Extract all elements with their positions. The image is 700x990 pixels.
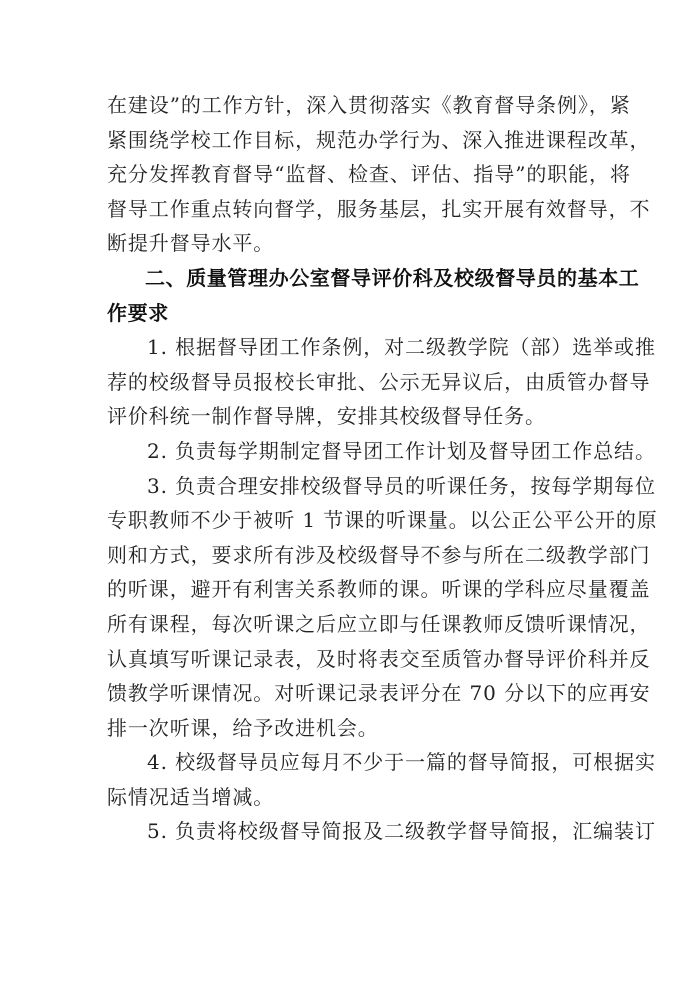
paragraph-line: 断提升督导水平。 <box>107 226 597 261</box>
paragraph-line: 认真填写听课记录表，及时将表交至质管办督导评价科并反 <box>107 642 597 677</box>
document-page: 在建设”的工作方针，深入贯彻落实《教育督导条例》，紧 紧围绕学校工作目标，规范办… <box>0 0 700 990</box>
paragraph-line: 评价科统一制作督导牌，安排其校级督导任务。 <box>107 399 597 434</box>
requirement-item-1: 1. 根据督导团工作条例，对二级教学院（部）选举或推 荐的校级督导员报校长审批、… <box>107 330 597 434</box>
requirement-item-2: 2. 负责每学期制定督导团工作计划及督导团工作总结。 <box>107 434 597 469</box>
paragraph-line: 1. 根据督导团工作条例，对二级教学院（部）选举或推 <box>107 330 597 365</box>
paragraph-line: 在建设”的工作方针，深入贯彻落实《教育督导条例》，紧 <box>107 88 597 123</box>
requirement-item-5: 5. 负责将校级督导简报及二级教学督导简报，汇编装订 <box>107 814 597 849</box>
paragraph-line: 紧围绕学校工作目标，规范办学行为、深入推进课程改革， <box>107 123 597 158</box>
paragraph-line: 5. 负责将校级督导简报及二级教学督导简报，汇编装订 <box>107 814 597 849</box>
requirement-item-3: 3. 负责合理安排校级督导员的听课任务，按每学期每位 专职教师不少于被听 1 节… <box>107 469 597 746</box>
requirement-item-4: 4. 校级督导员应每月不少于一篇的督导简报，可根据实 际情况适当增减。 <box>107 745 597 814</box>
paragraph-line: 排一次听课，给予改进机会。 <box>107 711 597 746</box>
paragraph-line: 则和方式，要求所有涉及校级督导不参与所在二级教学部门 <box>107 538 597 573</box>
paragraph-line: 3. 负责合理安排校级督导员的听课任务，按每学期每位 <box>107 469 597 504</box>
document-body: 在建设”的工作方针，深入贯彻落实《教育督导条例》，紧 紧围绕学校工作目标，规范办… <box>107 88 597 849</box>
paragraph-line: 的听课，避开有利害关系教师的课。听课的学科应尽量覆盖 <box>107 572 597 607</box>
paragraph-line: 所有课程，每次听课之后应立即与任课教师反馈听课情况， <box>107 607 597 642</box>
paragraph-line: 馈教学听课情况。对听课记录表评分在 70 分以下的应再安 <box>107 676 597 711</box>
paragraph-line: 充分发挥教育督导“监督、检查、评估、指导”的职能，将 <box>107 157 597 192</box>
section-heading: 二、质量管理办公室督导评价科及校级督导员的基本工 作要求 <box>107 261 597 330</box>
paragraph-line: 2. 负责每学期制定督导团工作计划及督导团工作总结。 <box>107 434 597 469</box>
paragraph-line: 4. 校级督导员应每月不少于一篇的督导简报，可根据实 <box>107 745 597 780</box>
paragraph-line: 际情况适当增减。 <box>107 780 597 815</box>
paragraph-line: 专职教师不少于被听 1 节课的听课量。以公正公平公开的原 <box>107 503 597 538</box>
section-heading-line: 作要求 <box>107 296 597 331</box>
intro-paragraph: 在建设”的工作方针，深入贯彻落实《教育督导条例》，紧 紧围绕学校工作目标，规范办… <box>107 88 597 261</box>
section-heading-line: 二、质量管理办公室督导评价科及校级督导员的基本工 <box>107 261 597 296</box>
paragraph-line: 督导工作重点转向督学，服务基层，扎实开展有效督导，不 <box>107 192 597 227</box>
paragraph-line: 荐的校级督导员报校长审批、公示无异议后，由质管办督导 <box>107 365 597 400</box>
